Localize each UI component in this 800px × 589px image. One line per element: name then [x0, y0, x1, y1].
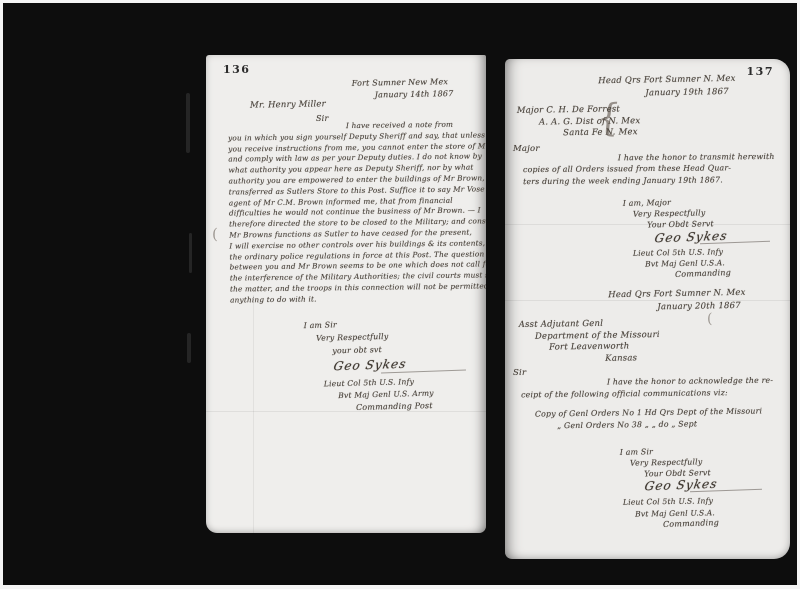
- letter-closing: I am SirVery Respectfullyyour obt svt: [304, 317, 389, 358]
- pencil-mark: (: [707, 311, 712, 327]
- film-artifact: [186, 93, 190, 153]
- ledger-rule: [206, 411, 486, 412]
- title-line: Bvt Maj Genl U.S. Army: [338, 388, 434, 402]
- signature-titles: Lieut Col 5th U.S. InfyBvt Maj Genl U.S.…: [633, 246, 725, 270]
- letter-heading: Head Qrs Fort Sumner N. Mex January 20th…: [577, 286, 777, 315]
- heading-date: January 20th 1867: [621, 299, 777, 315]
- letter-address: Asst Adjutant GenlDepartment of the Miss…: [519, 318, 660, 366]
- signature: Geo Sykes: [333, 357, 408, 374]
- title-line: Lieut Col 5th U.S. Infy: [623, 495, 715, 508]
- enclosure-list: Copy of Genl Orders No 1 Hd Qrs Dept of …: [535, 405, 763, 432]
- signature-titles: Lieut Col 5th U.S. InfyBvt Maj Genl U.S.…: [623, 495, 715, 520]
- ledger-rule: [505, 300, 790, 301]
- letterbook-page-left: 136 Fort Sumner New Mex January 14th 186…: [206, 55, 486, 533]
- heading-date: January 14th 1867: [352, 88, 476, 102]
- letter-closing: I am SirVery RespectfullyYour Obdt Servt: [620, 446, 711, 480]
- film-artifact: [189, 233, 192, 273]
- address-line: Kansas: [605, 353, 660, 365]
- handwritten-line: ters during the week ending January 19th…: [523, 173, 778, 187]
- margin-rule: [253, 295, 254, 533]
- letter-recipient: Mr. Henry Miller: [250, 99, 326, 110]
- pencil-mark: (: [212, 225, 218, 243]
- handwritten-line: I have the honor to acknowledge the re-: [607, 375, 779, 388]
- letter-address: Major C. H. De ForrestA. A. G. Dist of N…: [517, 104, 641, 140]
- ledger-rule: [505, 224, 790, 225]
- letter-body: I have received a note fromyou in which …: [228, 119, 478, 306]
- signed-role: Commanding: [675, 268, 731, 279]
- film-frame: 136 Fort Sumner New Mex January 14th 186…: [3, 3, 797, 585]
- microfilm-scan: 136 Fort Sumner New Mex January 14th 186…: [0, 0, 800, 589]
- signed-role: Commanding: [663, 518, 719, 529]
- handwritten-line: ceipt of the following official communic…: [521, 386, 779, 400]
- address-line: Department of the Missouri: [535, 330, 660, 343]
- handwritten-line: anything to do with it.: [230, 292, 478, 306]
- film-artifact: [187, 333, 191, 363]
- page-number: 136: [223, 63, 250, 76]
- letter-heading: Fort Sumner New Mex January 14th 1867: [324, 76, 476, 103]
- address-line: Santa Fe N. Mex: [563, 127, 641, 140]
- closing-line: Very Respectfully: [630, 457, 711, 469]
- closing-line: your obt svt: [332, 343, 389, 357]
- letter-body: I have the honor to acknowledge the re-c…: [521, 375, 779, 401]
- letterbook-page-right: 137 Head Qrs Fort Sumner N. Mex January …: [505, 59, 790, 559]
- letter-body: I have the honor to transmit herewithcop…: [523, 151, 778, 187]
- letter-closing: I am, MajorVery RespectfullyYour Obdt Se…: [623, 197, 714, 231]
- letter-heading: Head Qrs Fort Sumner N. Mex January 19th…: [567, 72, 767, 101]
- handwritten-line: I have the honor to transmit herewith: [618, 151, 778, 164]
- signature-titles: Lieut Col 5th U.S. InfyBvt Maj Genl U.S.…: [324, 376, 434, 403]
- list-line: „ Genl Orders No 38 „ „ do „ Sept: [557, 417, 762, 432]
- closing-line: Very Respectfully: [633, 208, 714, 220]
